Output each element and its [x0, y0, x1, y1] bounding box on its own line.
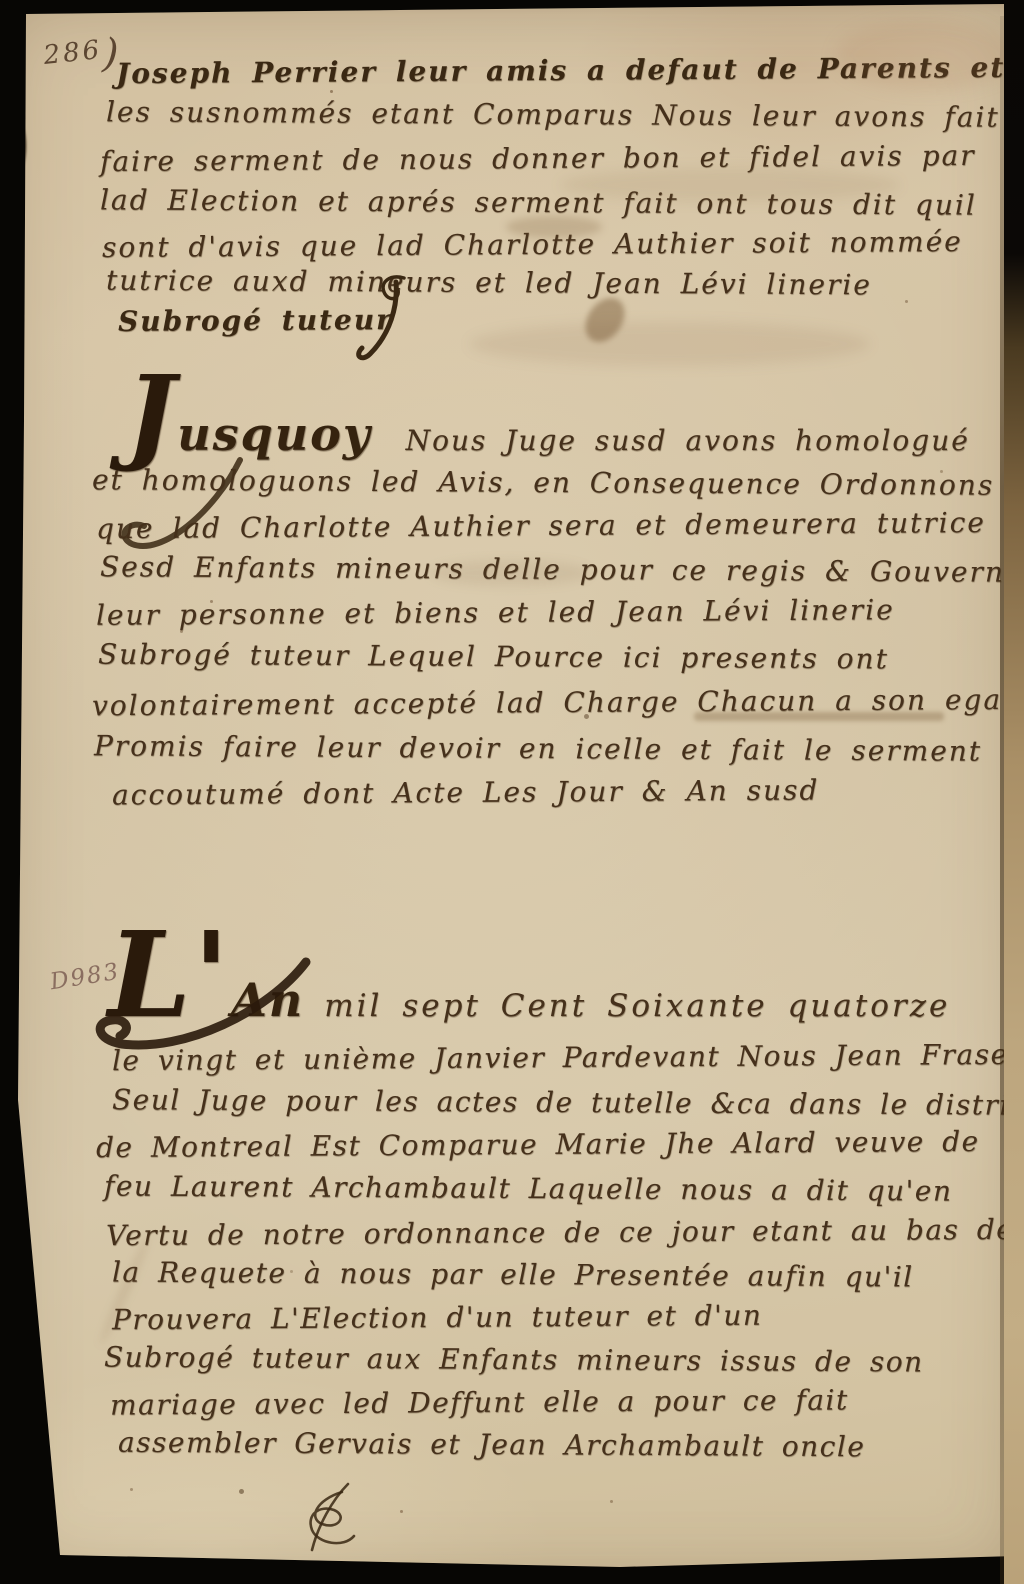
- manuscript-line: Vertu de notre ordonnance de ce jour eta…: [106, 1213, 1014, 1252]
- photo-black-border: 286) D983 Joseph Perrier leur amis a def…: [0, 0, 1024, 1584]
- manuscript-line: sont d'avis que lad Charlotte Authier so…: [102, 225, 963, 264]
- manuscript-line: Seul Juge pour les actes de tutelle &ca …: [112, 1083, 1024, 1122]
- manuscript-line: tutrice auxd mineurs et led Jean Lévi li…: [106, 264, 872, 302]
- manuscript-line: leur personne et biens et led Jean Lévi …: [96, 593, 895, 632]
- manuscript-line: Subrogé tuteur Lequel Pource ici present…: [98, 638, 889, 676]
- opening-word-jusquoy: Jusquoy: [126, 362, 372, 466]
- opening-line-rest: Nous Juge susd avons homologué: [406, 427, 970, 455]
- manuscript-line: Sesd Enfants mineurs delle pour ce regis…: [100, 550, 1024, 589]
- manuscript-line: le vingt et unième Janvier Pardevant Nou…: [112, 1038, 1024, 1077]
- manuscript-line: lad Election et aprés serment fait ont t…: [100, 183, 977, 221]
- manuscript-line: volontairement accepté lad Charge Chacun…: [92, 683, 1024, 723]
- manuscript-page: 286) D983 Joseph Perrier leur amis a def…: [0, 0, 1024, 1584]
- manuscript-line: de Montreal Est Comparue Marie Jhe Alard…: [96, 1125, 980, 1164]
- manuscript-line: mariage avec led Deffunt elle a pour ce …: [110, 1383, 849, 1421]
- notary-paraph: [292, 1478, 372, 1558]
- manuscript-line: faire serment de nous donner bon et fide…: [100, 139, 976, 178]
- paper-stain: [470, 322, 870, 366]
- manuscript-line: accoutumé dont Acte Les Jour & An susd: [112, 774, 820, 812]
- manuscript-line: la Requete à nous par elle Presentée auf…: [112, 1256, 914, 1294]
- manuscript-line: Subrogé tuteur aux Enfants mineurs issus…: [104, 1340, 924, 1378]
- manuscript-line: assembler Gervais et Jean Archambault on…: [118, 1426, 866, 1464]
- manuscript-line: JusquoyNous Juge susd avons homologué: [126, 362, 970, 466]
- folio-number-text: 286: [42, 35, 103, 71]
- folio-number: 286): [42, 30, 124, 84]
- book-page-edge: [1004, 0, 1024, 1584]
- manuscript-line: Joseph Perrier leur amis a defaut de Par…: [116, 51, 1005, 90]
- manuscript-line: Promis faire leur devoir en icelle et fa…: [94, 729, 982, 767]
- opening-line-rest: mil sept Cent Soixante quatorze: [324, 991, 950, 1022]
- manuscript-line: et homologuons led Avis, en Consequence …: [92, 463, 994, 502]
- dust-specks: [330, 90, 333, 93]
- ink-flourish: [352, 272, 422, 368]
- manuscript-line: feu Laurent Archambault Laquelle nous a …: [104, 1169, 953, 1207]
- manuscript-line: les susnommés etant Comparus Nous leur a…: [106, 95, 1000, 133]
- manuscript-line: que lad Charlotte Authier sera et demeur…: [96, 506, 1023, 545]
- edge-ink-blob: [10, 120, 26, 172]
- manuscript-line: Prouvera L'Election d'un tuteur et d'un: [112, 1299, 763, 1337]
- edge-ink-blob: [6, 722, 18, 748]
